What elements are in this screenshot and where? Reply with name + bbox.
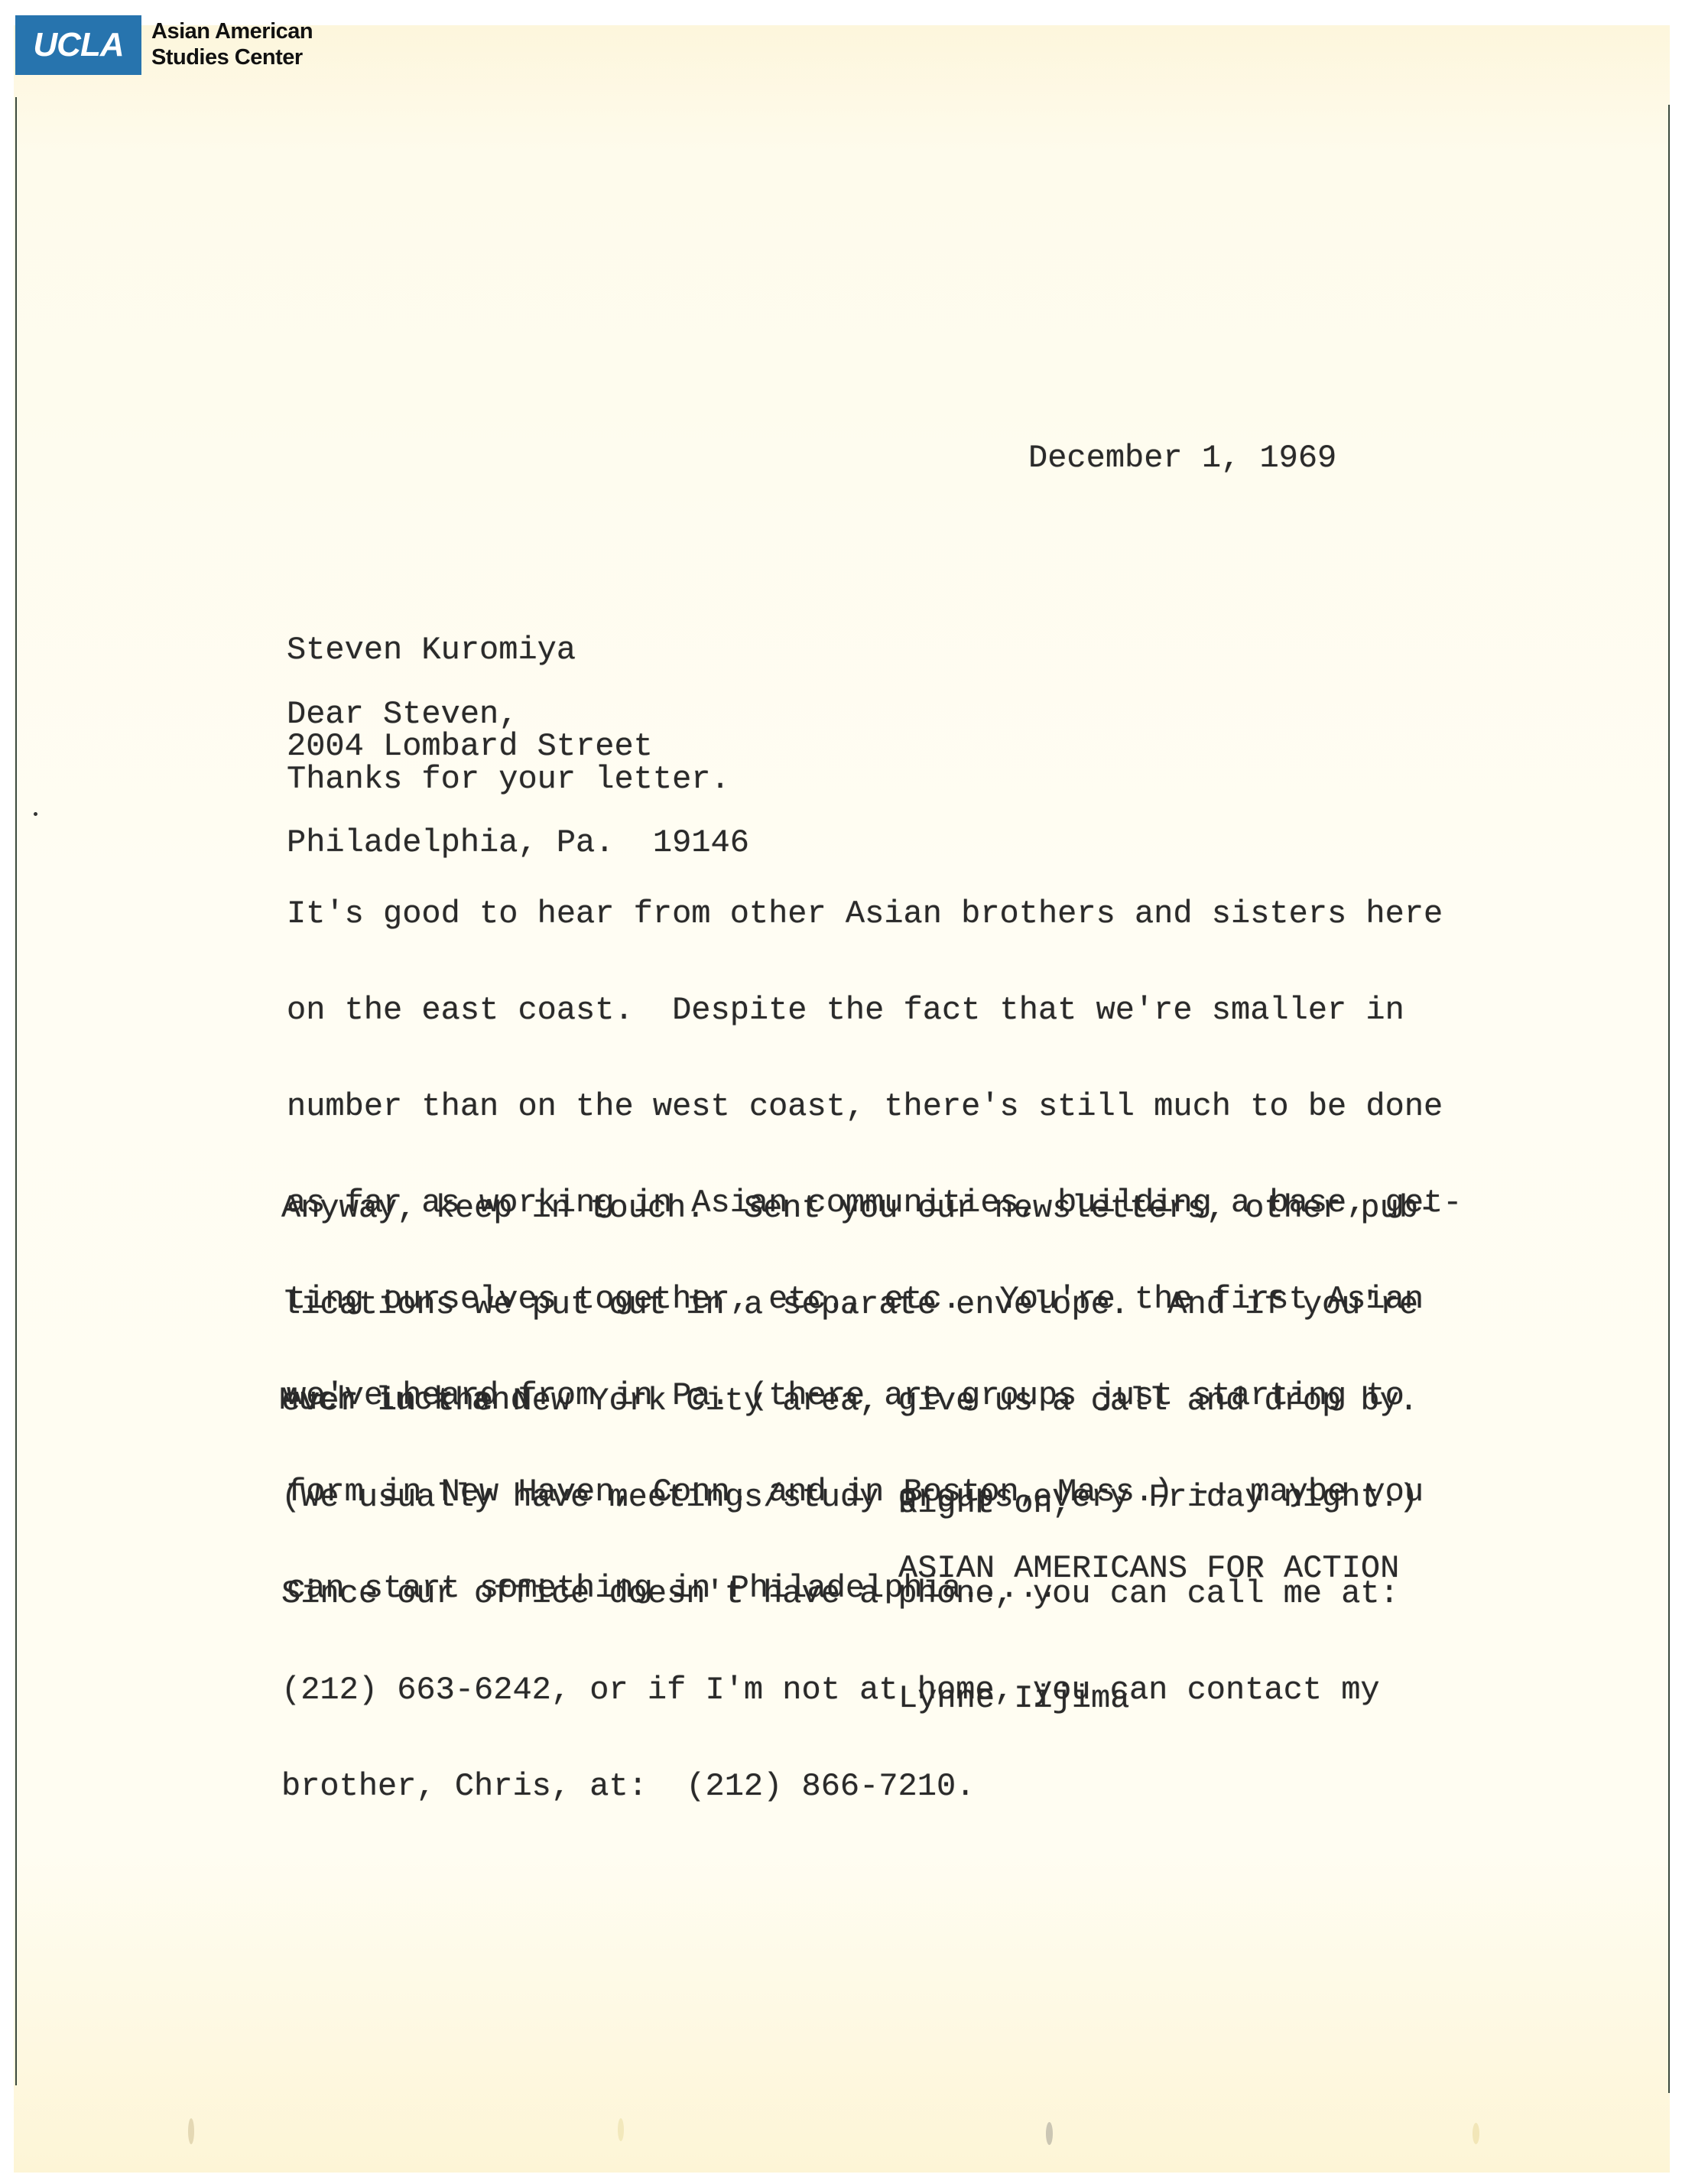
- paper-mark: [1046, 2122, 1053, 2145]
- logo-badge-text: UCLA: [33, 26, 123, 64]
- center-name-line2: Studies Center: [151, 44, 313, 70]
- paper-mark: [188, 2118, 194, 2144]
- paragraph-line: on the east coast. Despite the fact that…: [287, 994, 1462, 1026]
- closing: Right on,: [898, 1487, 1072, 1519]
- salutation: Dear Steven,: [287, 698, 518, 730]
- letter-date: December 1, 1969: [1028, 442, 1336, 474]
- signature-name: Lynne Iijima: [898, 1682, 1129, 1714]
- paragraph-line: It's good to hear from other Asian broth…: [287, 898, 1462, 930]
- paper-edge-right: [1668, 105, 1670, 2093]
- center-name-line1: Asian American: [151, 18, 313, 44]
- paragraph-line: lications we put out in a separate envel…: [281, 1289, 1437, 1321]
- paragraph-line: (We usually have meetings/study groups e…: [281, 1481, 1437, 1513]
- paragraph-line: (212) 663-6242, or if I'm not at home, y…: [281, 1674, 1437, 1706]
- paragraph-line: Anyway, keep in touch. Sent you our news…: [281, 1192, 1437, 1224]
- paper-mark: [618, 2118, 624, 2141]
- recipient-street: 2004 Lombard Street: [287, 730, 749, 762]
- ucla-logo: UCLA: [15, 15, 141, 75]
- center-name: Asian American Studies Center: [151, 18, 313, 70]
- organization-name: ASIAN AMERICANS FOR ACTION: [898, 1552, 1399, 1584]
- recipient-name: Steven Kuromiya: [287, 634, 749, 666]
- pre-closing: Much luck and: [279, 1384, 530, 1416]
- opening-line: Thanks for your letter.: [287, 763, 730, 795]
- paragraph-line: brother, Chris, at: (212) 866-7210.: [281, 1770, 1437, 1802]
- paragraph-2: Anyway, keep in touch. Sent you our news…: [281, 1128, 1437, 1835]
- paper-edge-left: [15, 97, 17, 2085]
- paper-speck: [34, 812, 37, 816]
- paper-mark: [1473, 2123, 1479, 2144]
- paragraph-line: number than on the west coast, there's s…: [287, 1090, 1462, 1123]
